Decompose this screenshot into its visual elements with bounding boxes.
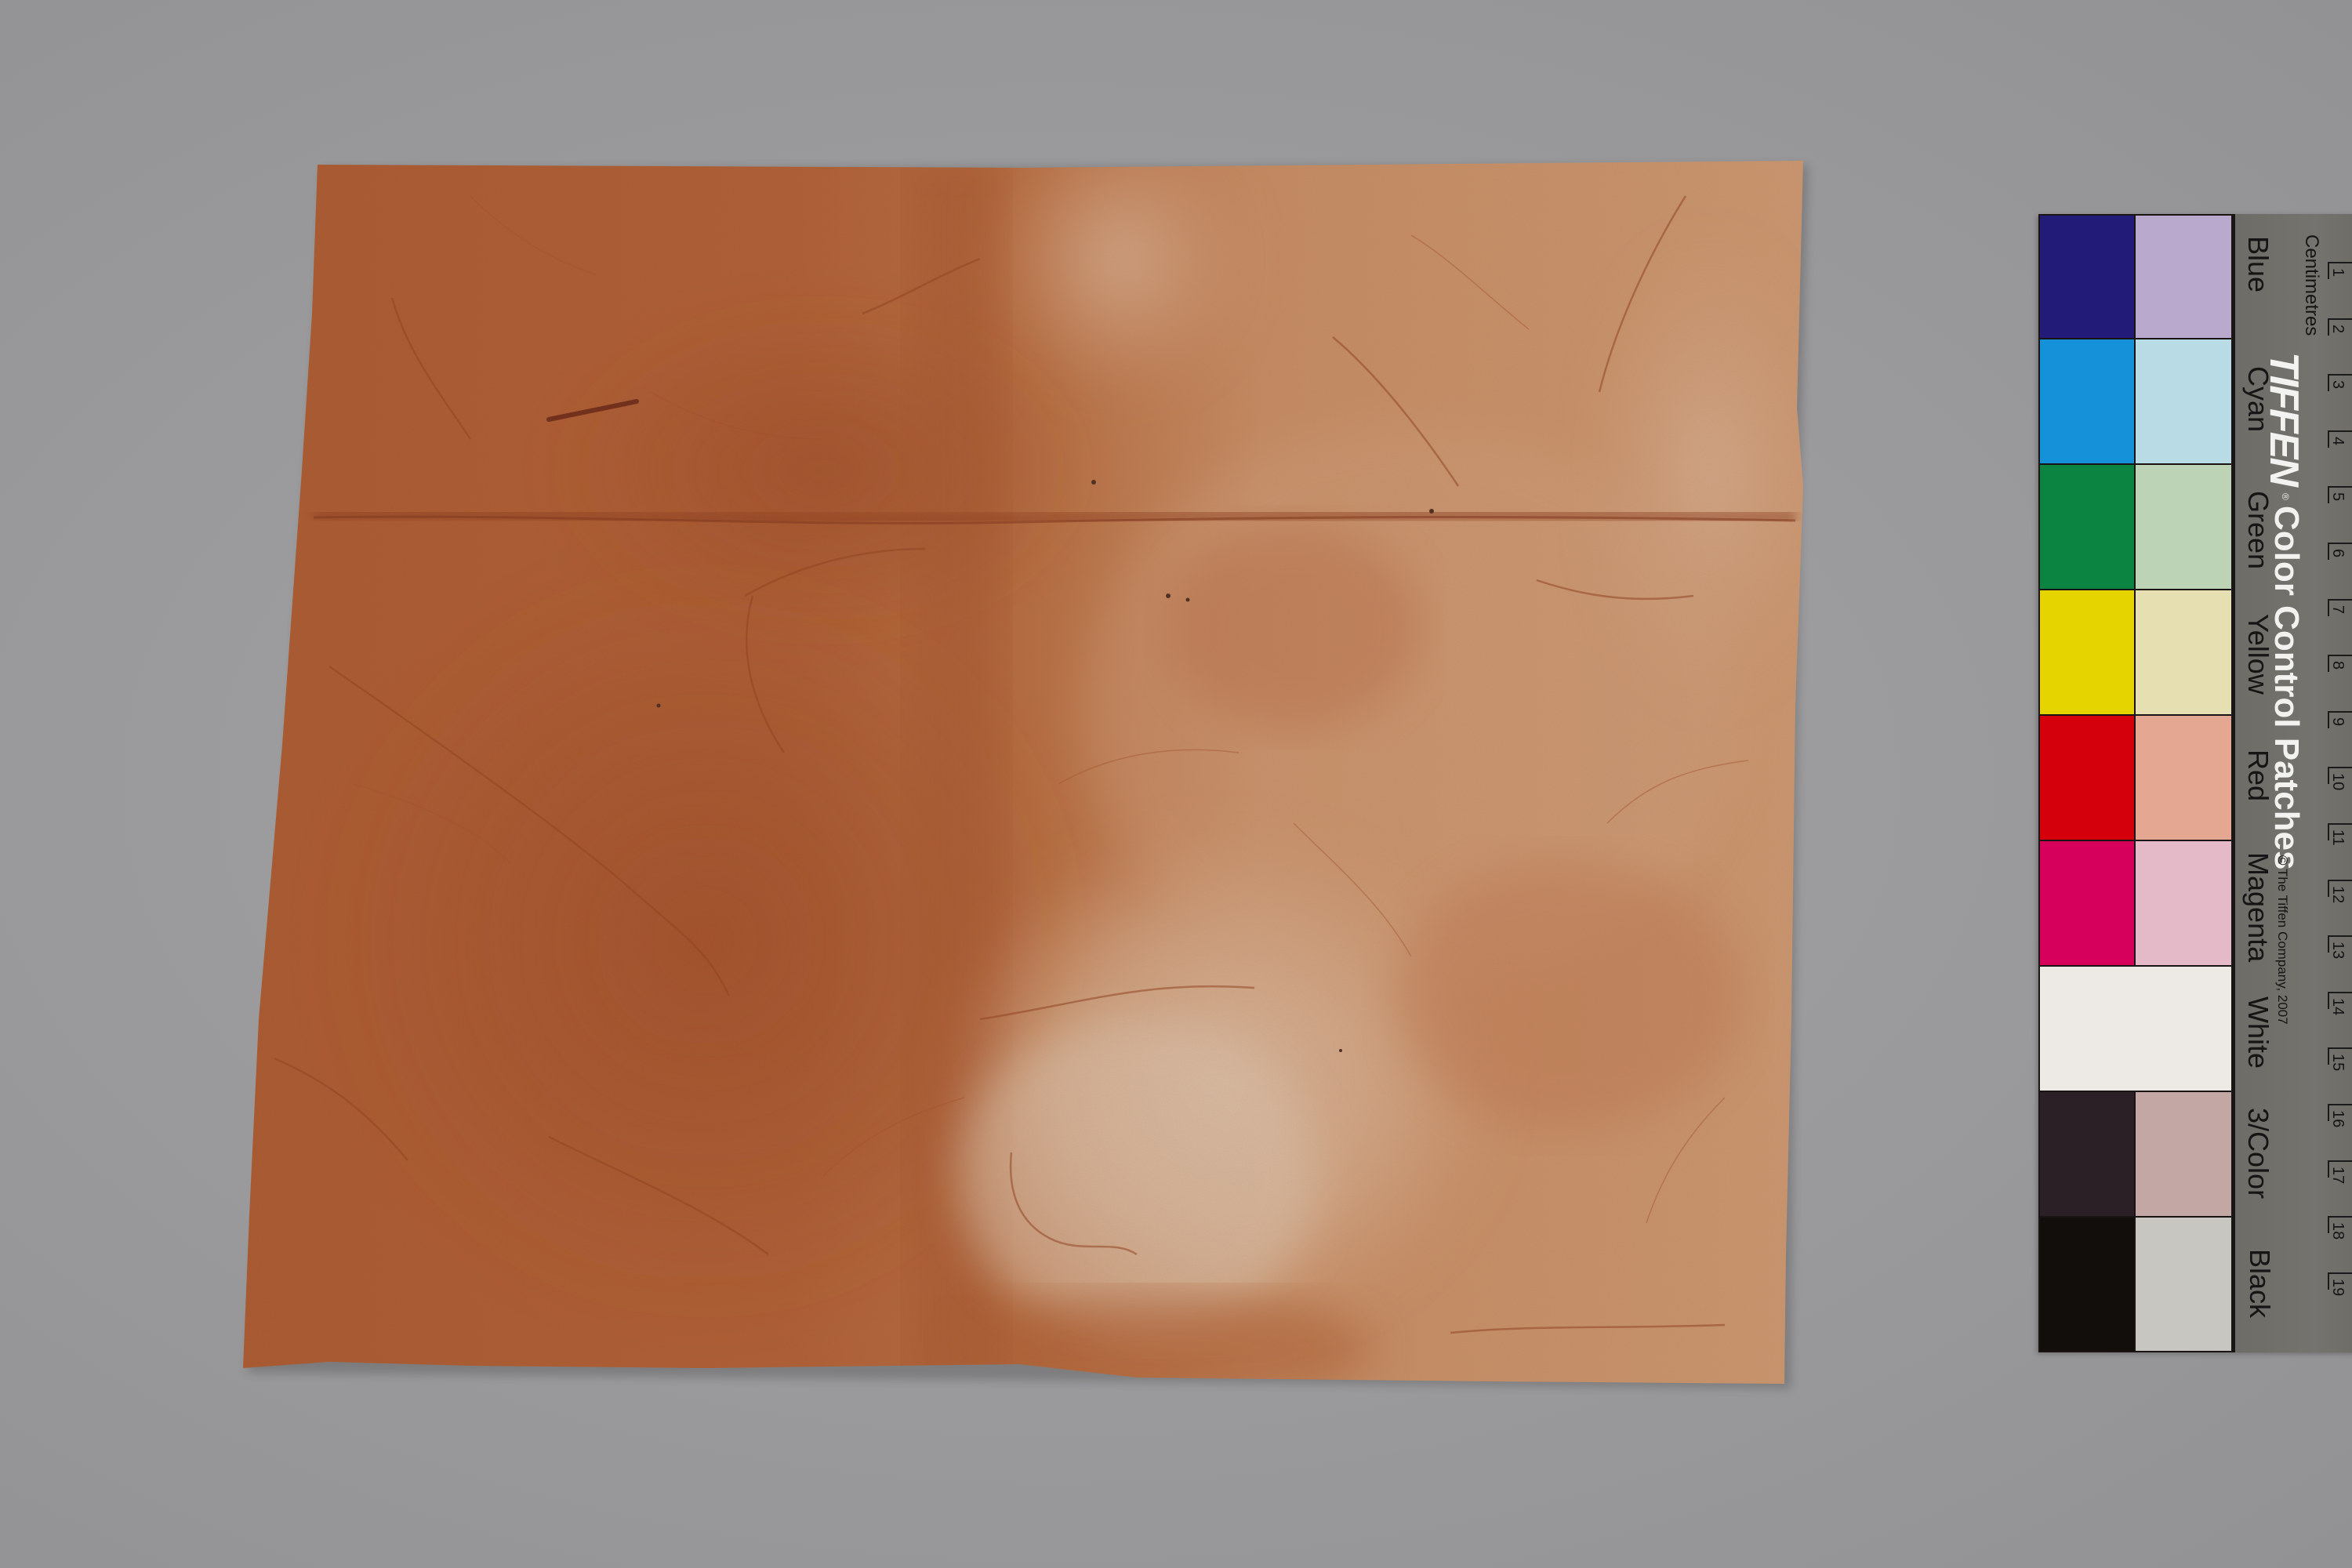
- patch-magenta-dark: [2038, 840, 2136, 967]
- centimetres-label: Centimetres: [2300, 234, 2322, 336]
- ruler-tick-extension: [2328, 992, 2352, 993]
- ruler-tick-extension: [2328, 543, 2352, 544]
- ruler-number: 16: [2328, 1110, 2347, 1127]
- ruler-tick-extension: [2328, 935, 2352, 937]
- ruler-number: 18: [2328, 1222, 2347, 1240]
- ruler-tick-extension: [2328, 880, 2352, 881]
- registered-mark-icon: ®: [2280, 493, 2291, 500]
- patch-cyan-dark: [2038, 338, 2136, 465]
- ruler-number: 7: [2328, 605, 2347, 614]
- label-black: Black: [2243, 1249, 2276, 1318]
- ruler-number: 9: [2328, 717, 2347, 726]
- copyright-text: © The Tiffen Company, 2007: [2274, 855, 2290, 1025]
- patch-yellow-dark: [2038, 589, 2136, 716]
- ruler-tick-extension: [2328, 655, 2352, 656]
- patch-green-light: [2134, 463, 2233, 590]
- label-3color: 3/Color: [2241, 1108, 2274, 1199]
- ruler-number: 3: [2328, 380, 2347, 389]
- ruler-number: 6: [2328, 549, 2347, 557]
- patch-black-dark: [2038, 1216, 2136, 1352]
- ruler-tick-extension: [2328, 1047, 2352, 1049]
- tiffen-logo: TIFFEN: [2260, 352, 2307, 485]
- ruler-tick-extension: [2328, 599, 2352, 601]
- ruler-number: 11: [2328, 829, 2347, 846]
- label-blue: Blue: [2241, 236, 2274, 292]
- ruler-tick-extension: [2328, 262, 2352, 263]
- patch-3color-light: [2134, 1091, 2233, 1218]
- ruler-number: 17: [2328, 1167, 2347, 1184]
- ruler-number: 10: [2328, 773, 2347, 790]
- ruler-tick-extension: [2328, 1160, 2352, 1162]
- patch-red-dark: [2038, 714, 2136, 841]
- strip-title: Color Control Patches: [2267, 506, 2306, 870]
- ruler-number: 12: [2328, 886, 2347, 903]
- patch-3color-dark: [2038, 1091, 2136, 1218]
- ruler-tick-extension: [2328, 486, 2352, 488]
- patch-red-light: [2134, 714, 2233, 841]
- ruler-tick-extension: [2328, 1272, 2352, 1274]
- patch-green-dark: [2038, 463, 2136, 590]
- patch-blue-light: [2134, 214, 2233, 339]
- ruler-tick-extension: [2328, 1104, 2352, 1105]
- ruler-tick-extension: [2328, 430, 2352, 432]
- ruler-number: 5: [2328, 492, 2347, 501]
- ruler-number: 1: [2328, 268, 2347, 277]
- ruler-number: 19: [2328, 1279, 2347, 1296]
- ruler-tick-extension: [2328, 767, 2352, 768]
- patch-cyan-light: [2134, 338, 2233, 465]
- ruler-number: 2: [2328, 325, 2347, 333]
- ruler-number: 14: [2328, 998, 2347, 1015]
- textile-fragment: [0, 0, 2352, 1568]
- label-white: White: [2241, 996, 2274, 1069]
- ruler-tick-extension: [2328, 318, 2352, 320]
- patch-white: [2038, 965, 2233, 1092]
- ruler-tick-extension: [2328, 711, 2352, 713]
- patch-yellow-light: [2134, 589, 2233, 716]
- ruler-number: 4: [2328, 437, 2347, 445]
- ruler-number: 8: [2328, 661, 2347, 670]
- ruler-tick-extension: [2328, 1216, 2352, 1218]
- ruler-tick-extension: [2328, 823, 2352, 825]
- color-calibration-strip: Blue Cyan Green Yellow Red Magenta White…: [2038, 214, 2352, 1352]
- patch-magenta-light: [2134, 840, 2233, 967]
- ruler-number: 13: [2328, 942, 2347, 959]
- ruler-number: 15: [2328, 1054, 2347, 1071]
- label-card: Blue Cyan Green Yellow Red Magenta White…: [2233, 214, 2352, 1352]
- patch-black-light: [2134, 1216, 2233, 1352]
- patch-blue-dark: [2038, 214, 2136, 339]
- ruler-tick-extension: [2328, 374, 2352, 376]
